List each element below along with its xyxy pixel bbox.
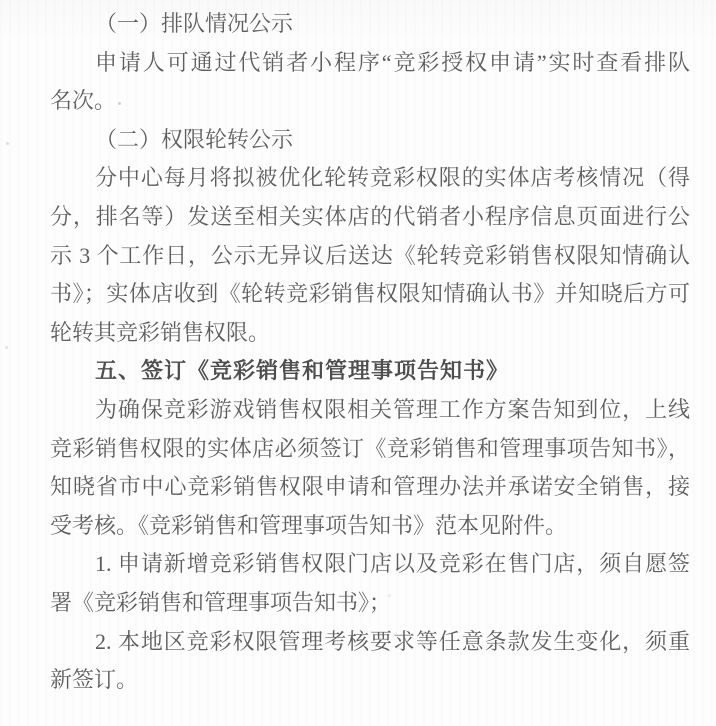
- text-line: 知晓省市中心竞彩销售权限申请和管理办法并承诺安全销售，接: [50, 468, 690, 507]
- text-line: 分中心每月将拟被优化轮转竞彩权限的实体店考核情况（得: [50, 159, 690, 198]
- text-line: 竞彩销售权限的实体店必须签订《竞彩销售和管理事项告知书》，: [50, 430, 690, 469]
- text-line: 署《竞彩销售和管理事项告知书》；: [50, 584, 690, 623]
- text-line: 书》；实体店收到《轮转竞彩销售权限知情确认书》并知晓后方可: [50, 275, 690, 314]
- text-line: 新签订。: [50, 661, 690, 700]
- text-line: 为确保竞彩游戏销售权限相关管理工作方案告知到位，上线: [50, 391, 690, 430]
- text-line: 1. 申请新增竞彩销售权限门店以及竞彩在售门店，须自愿签: [50, 545, 690, 584]
- text-line: 示 3 个工作日，公示无异议后送达《轮转竞彩销售权限知情确认: [50, 237, 690, 276]
- text-line: （二）权限轮转公示: [50, 121, 690, 160]
- heading-line: 五、签订《竞彩销售和管理事项告知书》: [50, 352, 690, 391]
- text-line: 轮转其竞彩销售权限。: [50, 314, 690, 353]
- text-line: 2. 本地区竞彩权限管理考核要求等任意条款发生变化，须重: [50, 623, 690, 662]
- text-line: 申请人可通过代销者小程序“竞彩授权申请”实时查看排队: [50, 44, 690, 83]
- text-line: 受考核。《竞彩销售和管理事项告知书》范本见附件。: [50, 507, 690, 546]
- text-line: （一）排队情况公示: [50, 5, 690, 44]
- text-line: 名次。: [50, 82, 690, 121]
- text-line: 分，排名等）发送至相关实体店的代销者小程序信息页面进行公: [50, 198, 690, 237]
- document-page: （一）排队情况公示申请人可通过代销者小程序“竞彩授权申请”实时查看排队名次。（二…: [0, 0, 716, 726]
- document-body: （一）排队情况公示申请人可通过代销者小程序“竞彩授权申请”实时查看排队名次。（二…: [50, 5, 690, 700]
